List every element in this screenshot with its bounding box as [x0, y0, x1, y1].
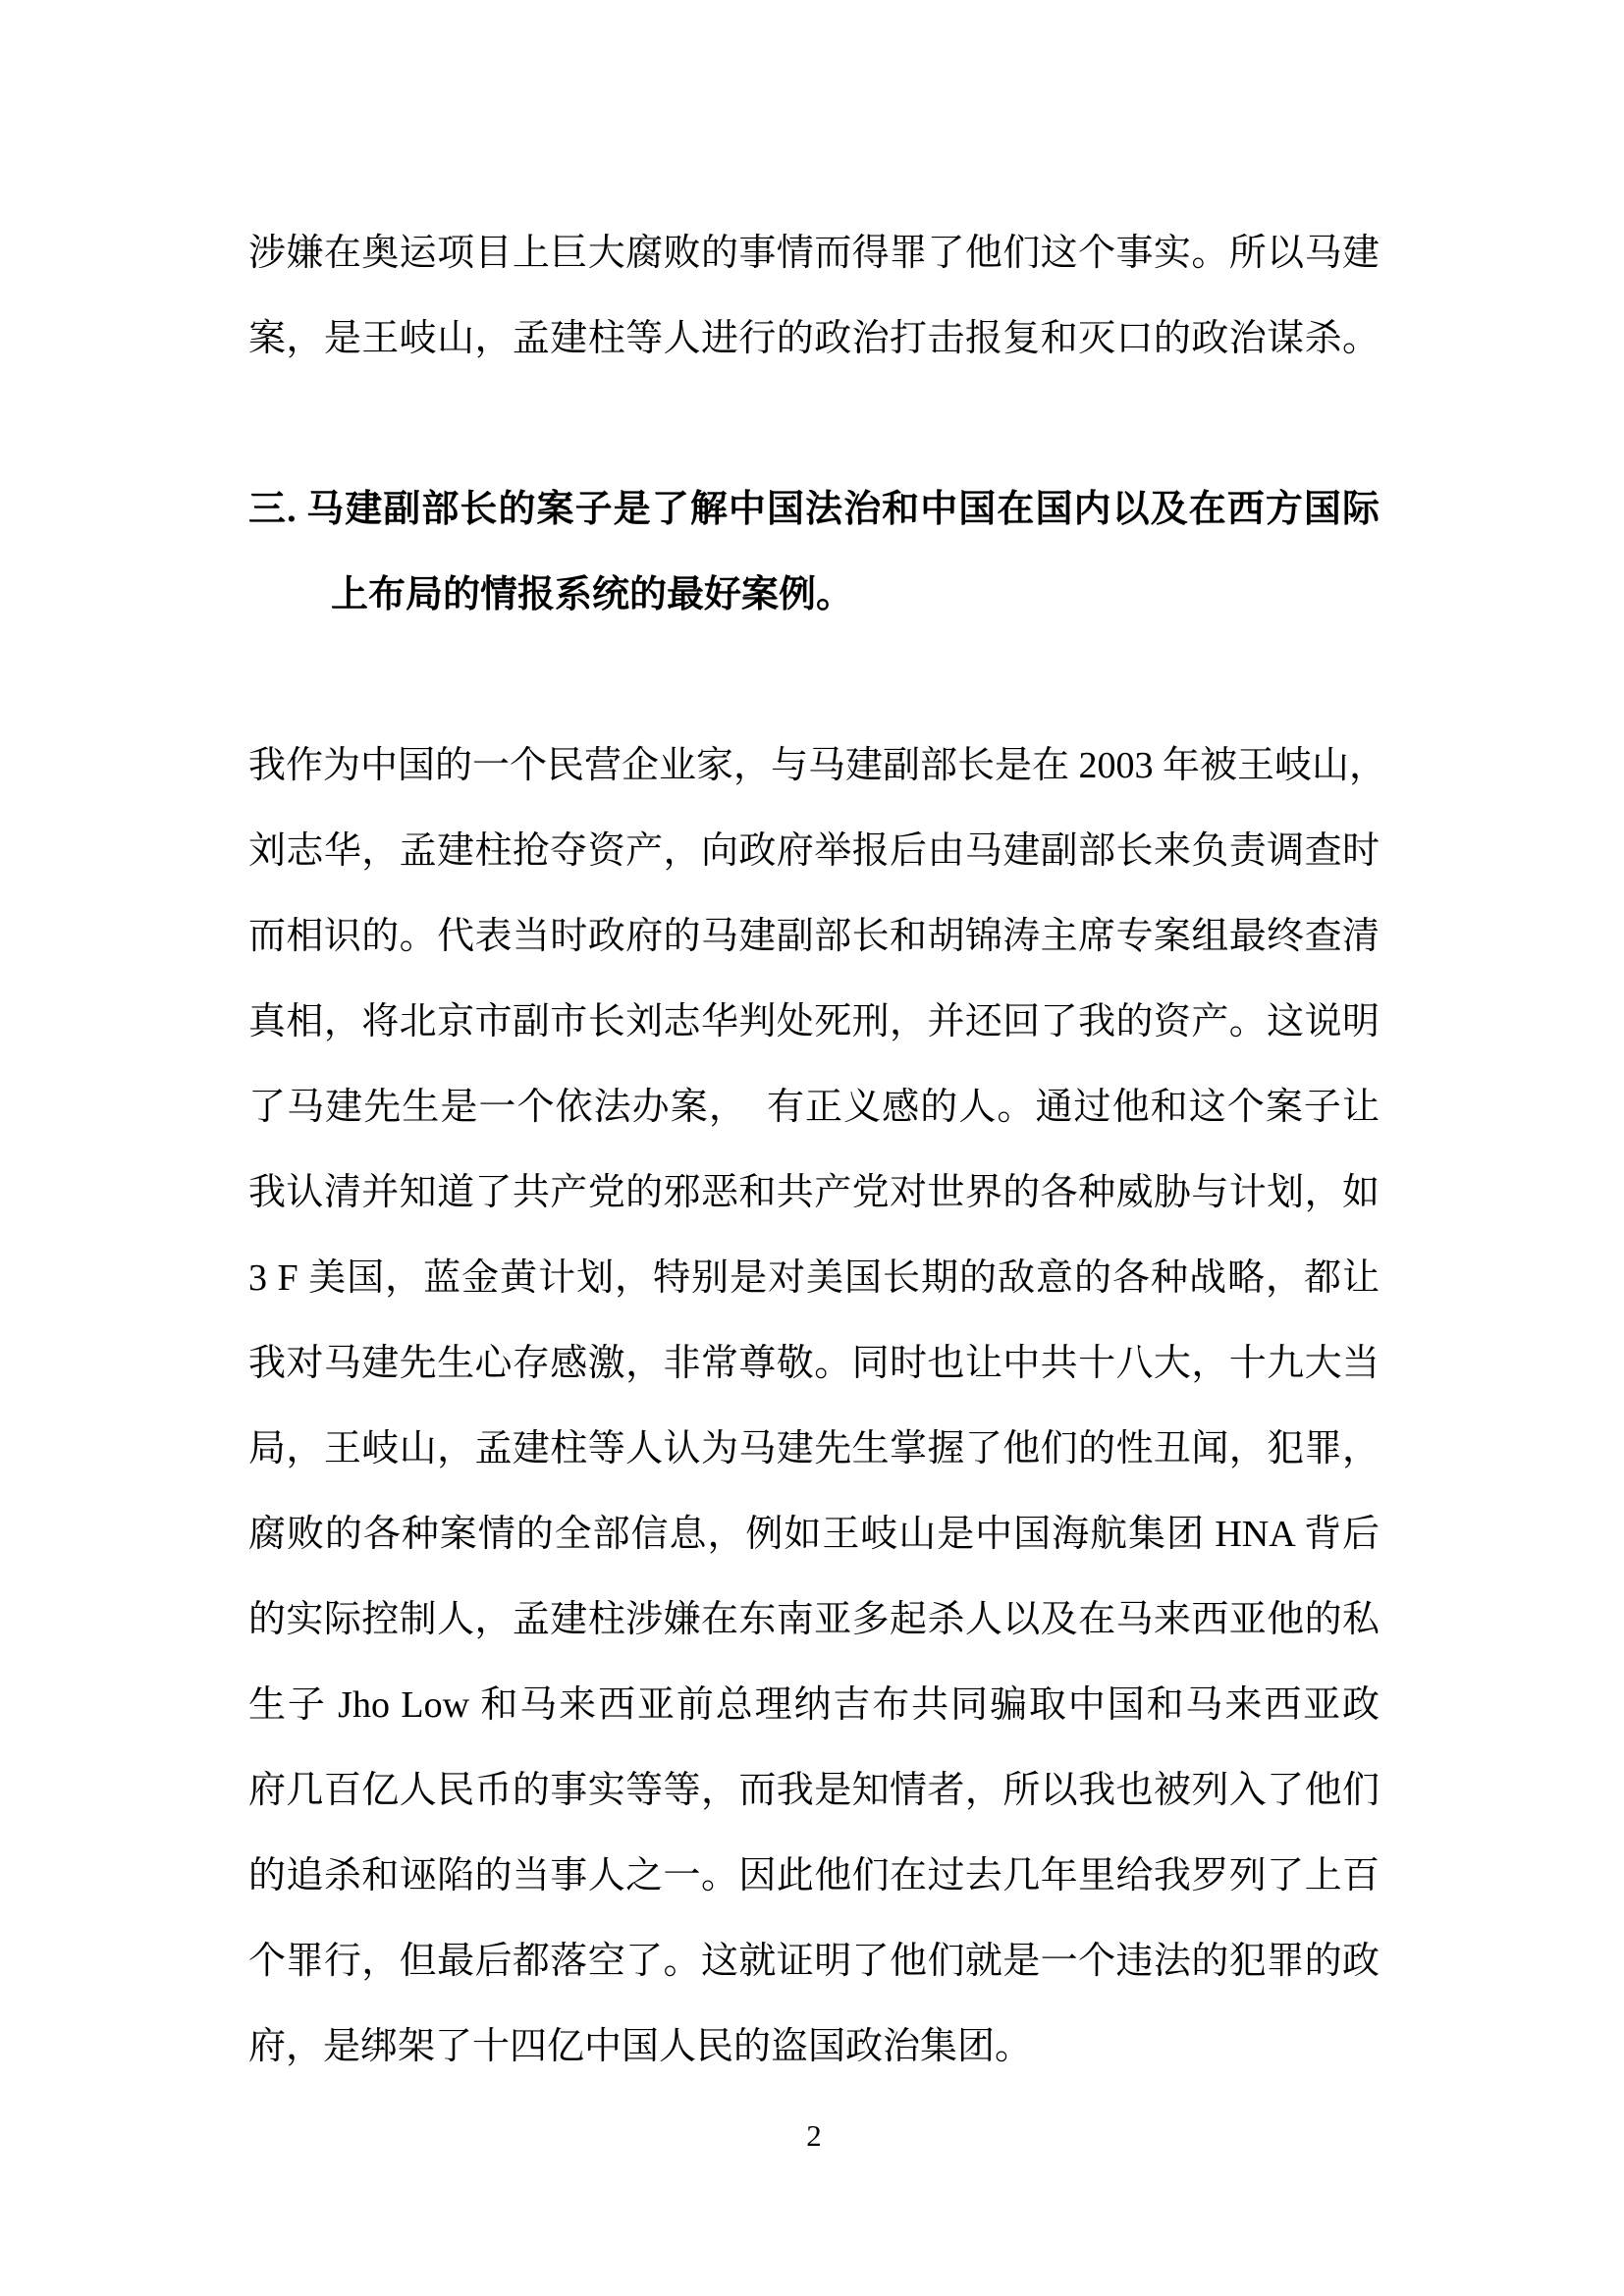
- document-page: 涉嫌在奥运项目上巨大腐败的事情而得罪了他们这个事实。所以马建 案，是王岐山，孟建…: [0, 0, 1624, 2296]
- page-number: 2: [248, 2115, 1380, 2157]
- text-line: 生子 Jho Low 和马来西亚前总理纳吉布共同骗取中国和马来西亚政: [248, 1663, 1380, 1748]
- text-line: 府，是绑架了十四亿中国人民的盗国政治集团。: [248, 2004, 1380, 2090]
- text-line: 刘志华，孟建柱抢夺资产，向政府举报后由马建副部长来负责调查时: [248, 809, 1380, 894]
- text-line: 的追杀和诬陷的当事人之一。因此他们在过去几年里给我罗列了上百: [248, 1834, 1380, 1919]
- text-line: 我对马建先生心存感激，非常尊敬。同时也让中共十八大，十九大当: [248, 1321, 1380, 1407]
- text-line: 个罪行，但最后都落空了。这就证明了他们就是一个违法的犯罪的政: [248, 1919, 1380, 2004]
- section-heading: 三. 马建副部长的案子是了解中国法治和中国在国内以及在西方国际 上布局的情报系统…: [248, 467, 1380, 638]
- text-line: 涉嫌在奥运项目上巨大腐败的事情而得罪了他们这个事实。所以马建: [248, 211, 1380, 296]
- blank-line: [248, 638, 1380, 723]
- text-line: 真相，将北京市副市长刘志华判处死刑，并还回了我的资产。这说明: [248, 980, 1380, 1065]
- text-line: 我作为中国的一个民营企业家，与马建副部长是在 2003 年被王岐山，: [248, 723, 1380, 809]
- section-heading-line: 上布局的情报系统的最好案例。: [248, 553, 1380, 638]
- text-line: 腐败的各种案情的全部信息，例如王岐山是中国海航集团 HNA 背后: [248, 1492, 1380, 1577]
- text-line: 3 F 美国，蓝金黄计划，特别是对美国长期的敌意的各种战略，都让: [248, 1236, 1380, 1321]
- text-line: 的实际控制人，孟建柱涉嫌在东南亚多起杀人以及在马来西亚他的私: [248, 1577, 1380, 1663]
- blank-line: [248, 382, 1380, 467]
- text-line: 案，是王岐山，孟建柱等人进行的政治打击报复和灭口的政治谋杀。: [248, 296, 1380, 382]
- text-line: 而相识的。代表当时政府的马建副部长和胡锦涛主席专案组最终查清: [248, 894, 1380, 980]
- text-line: 我认清并知道了共产党的邪恶和共产党对世界的各种威胁与计划，如: [248, 1150, 1380, 1236]
- text-line: 了马建先生是一个依法办案， 有正义感的人。通过他和这个案子让: [248, 1065, 1380, 1150]
- body-paragraph: 我作为中国的一个民营企业家，与马建副部长是在 2003 年被王岐山， 刘志华，孟…: [248, 723, 1380, 2090]
- prev-paragraph: 涉嫌在奥运项目上巨大腐败的事情而得罪了他们这个事实。所以马建 案，是王岐山，孟建…: [248, 211, 1380, 382]
- text-line: 局，王岐山，孟建柱等人认为马建先生掌握了他们的性丑闻，犯罪，: [248, 1407, 1380, 1492]
- section-heading-line: 三. 马建副部长的案子是了解中国法治和中国在国内以及在西方国际: [248, 467, 1380, 553]
- text-line: 府几百亿人民币的事实等等，而我是知情者，所以我也被列入了他们: [248, 1748, 1380, 1834]
